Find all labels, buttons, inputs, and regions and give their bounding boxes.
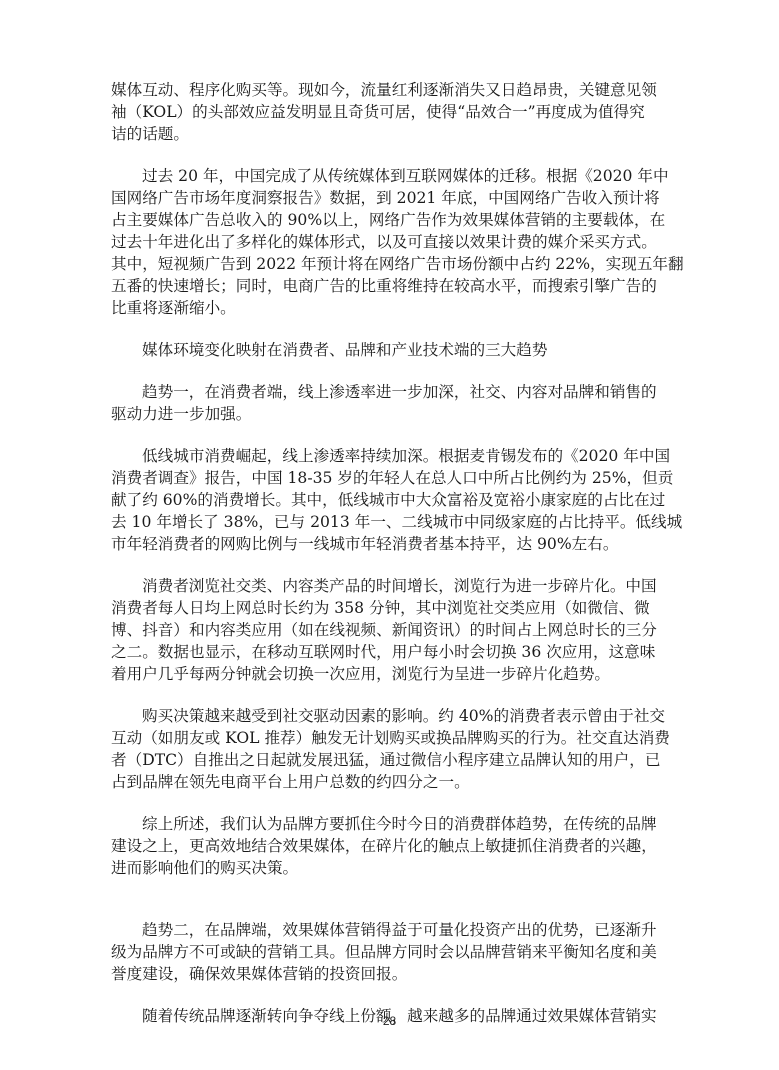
document-page: 媒体互动、程序化购买等。现如今，流量红利逐渐消失又日趋昂贵，关键意见领 袖（KO… (0, 0, 779, 1070)
text-line: 消费者每人日均上网总时长约为 358 分钟，其中浏览社交类应用（如微信、微 (111, 597, 671, 619)
text-line: 去 10 年增长了 38%，已与 2013 年一、二线城市中同级家庭的占比持平。… (111, 511, 671, 533)
paragraph-trend-two: 趋势二，在品牌端，效果媒体营销得益于可量化投资产出的优势，已逐渐升 级为品牌方不… (111, 919, 671, 985)
text-line: 媒体互动、程序化购买等。现如今，流量红利逐渐消失又日趋昂贵，关键意见领 (111, 79, 671, 101)
text-line: 其中，短视频广告到 2022 年预计将在网络广告市场份额中占约 22%，实现五年… (111, 253, 671, 275)
text-line: 占到品牌在领先电商平台上用户总数的约四分之一。 (111, 771, 671, 793)
text-line: 购买决策越来越受到社交驱动因素的影响。约 40%的消费者表示曾由于社交 (111, 705, 671, 727)
text-line: 着用户几乎每两分钟就会切换一次应用，浏览行为呈进一步碎片化趋势。 (111, 663, 671, 685)
text-line: 低线城市消费崛起，线上渗透率持续加深。根据麦肯锡发布的《2020 年中国 (111, 445, 671, 467)
text-line: 趋势一，在消费者端，线上渗透率进一步加深，社交、内容对品牌和销售的 (111, 381, 671, 403)
text-line: 献了约 60%的消费增长。其中，低线城市中大众富裕及宽裕小康家庭的占比在过 (111, 489, 671, 511)
text-line: 袖（KOL）的头部效应益发明显且奇货可居，使得“品效合一”再度成为值得究 (111, 101, 671, 123)
text-line: 消费者调查》报告，中国 18-35 岁的年轻人在总人口中所占比例约为 25%，但… (111, 467, 671, 489)
paragraph-media-migration: 过去 20 年，中国完成了从传统媒体到互联网媒体的迁移。根据《2020 年中 国… (111, 165, 671, 319)
page-number: 28 (0, 1014, 779, 1028)
text-line: 互动（如朋友或 KOL 推荐）触发无计划购买或换品牌购买的行为。社交直达消费 (111, 727, 671, 749)
blank-line (111, 899, 671, 919)
text-line: 过去 20 年，中国完成了从传统媒体到互联网媒体的迁移。根据《2020 年中 (111, 165, 671, 187)
text-line: 综上所述，我们认为品牌方要抓住今时今日的消费群体趋势，在传统的品牌 (111, 813, 671, 835)
text-line: 占主要媒体广告总收入的 90%以上，网络广告作为效果媒体营销的主要载体，在 (111, 209, 671, 231)
paragraph-kol-topic: 媒体互动、程序化购买等。现如今，流量红利逐渐消失又日趋昂贵，关键意见领 袖（KO… (111, 79, 671, 145)
paragraph-summary: 综上所述，我们认为品牌方要抓住今时今日的消费群体趋势，在传统的品牌 建设之上，更… (111, 813, 671, 879)
paragraph-trend-one: 趋势一，在消费者端，线上渗透率进一步加深，社交、内容对品牌和销售的 驱动力进一步… (111, 381, 671, 425)
text-line: 博、抖音）和内容类应用（如在线视频、新闻资讯）的时间占上网总时长的三分 (111, 619, 671, 641)
text-line: 级为品牌方不可或缺的营销工具。但品牌方同时会以品牌营销来平衡知名度和美 (111, 941, 671, 963)
text-line: 消费者浏览社交类、内容类产品的时间增长，浏览行为进一步碎片化。中国 (111, 575, 671, 597)
text-line: 媒体环境变化映射在消费者、品牌和产业技术端的三大趋势 (111, 339, 671, 361)
text-line: 五番的快速增长；同时，电商广告的比重将维持在较高水平，而搜索引擎广告的 (111, 275, 671, 297)
text-line: 市年轻消费者的网购比例与一线城市年轻消费者基本持平，达 90%左右。 (111, 533, 671, 555)
text-line: 过去十年进化出了多样化的媒体形式，以及可直接以效果计费的媒介采买方式。 (111, 231, 671, 253)
paragraph-social-purchase: 购买决策越来越受到社交驱动因素的影响。约 40%的消费者表示曾由于社交 互动（如… (111, 705, 671, 793)
text-line: 驱动力进一步加强。 (111, 403, 671, 425)
text-line: 比重将逐渐缩小。 (111, 297, 671, 319)
text-line: 国网络广告市场年度洞察报告》数据，到 2021 年底，中国网络广告收入预计将 (111, 187, 671, 209)
text-line: 建设之上，更高效地结合效果媒体，在碎片化的触点上敏捷抓住消费者的兴趣， (111, 835, 671, 857)
text-line: 诘的话题。 (111, 123, 671, 145)
paragraph-lower-tier-cities: 低线城市消费崛起，线上渗透率持续加深。根据麦肯锡发布的《2020 年中国 消费者… (111, 445, 671, 555)
text-line: 誉度建设，确保效果媒体营销的投资回报。 (111, 963, 671, 985)
text-line: 之二。数据也显示，在移动互联网时代，用户每小时会切换 36 次应用，这意味 (111, 641, 671, 663)
text-line: 者（DTC）自推出之日起就发展迅猛，通过微信小程序建立品牌认知的用户，已 (111, 749, 671, 771)
text-line: 进而影响他们的购买决策。 (111, 857, 671, 879)
page-body: 媒体互动、程序化购买等。现如今，流量红利逐渐消失又日趋昂贵，关键意见领 袖（KO… (111, 79, 671, 1047)
paragraph-browsing-fragmentation: 消费者浏览社交类、内容类产品的时间增长，浏览行为进一步碎片化。中国 消费者每人日… (111, 575, 671, 685)
text-line: 趋势二，在品牌端，效果媒体营销得益于可量化投资产出的优势，已逐渐升 (111, 919, 671, 941)
section-heading-three-trends: 媒体环境变化映射在消费者、品牌和产业技术端的三大趋势 (111, 339, 671, 361)
